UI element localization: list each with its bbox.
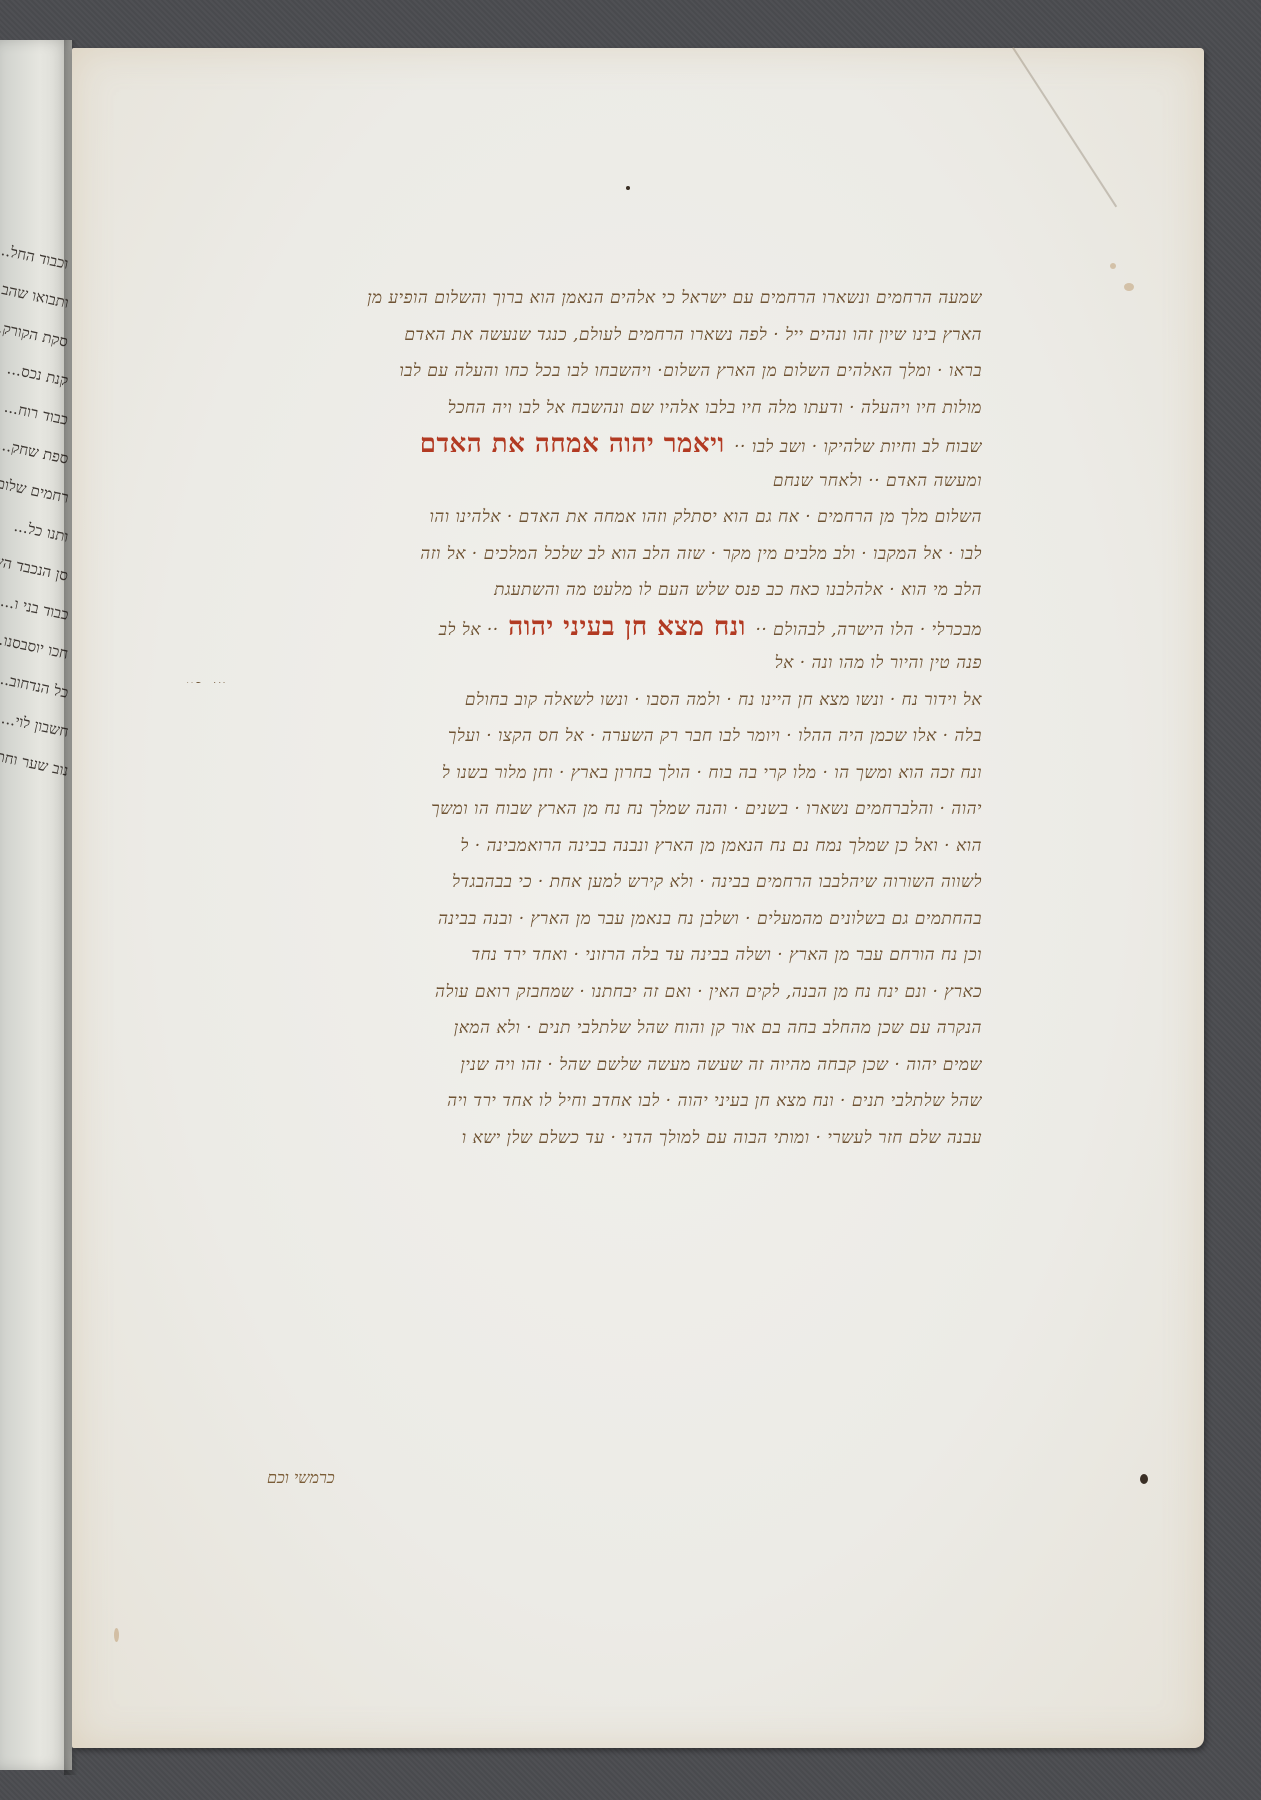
text-line: יהוה · והלברחמים נשארו · בשנים · והנה שמ…: [172, 791, 982, 828]
text-line: השלום מלך מן הרחמים · אח גם הוא יסתלק וז…: [172, 499, 982, 536]
facing-page-edge: וכבוד החל...ותבואו שהב...סקת הקורק...קנת…: [0, 40, 72, 1770]
text-line: שבוח לב וחיות שלהיקו · ושב לבו ·· ויאמר …: [172, 426, 982, 463]
text-line: הוא · ואל כן שמלך נמח נם נח הנאמן מן האר…: [172, 828, 982, 865]
line-text: מולות חיו ויהעלה · ודעתו מלה חיו בלבו אל…: [448, 398, 982, 418]
line-text: לשווה השורוה שיהלבבו הרחמים בבינה · ולא …: [452, 872, 982, 892]
text-line: ומעשה האדם ·· ולאחר שנחם: [172, 463, 982, 500]
text-line: בהחתמים גם בשלונים מהמעלים · ושלבן נח בנ…: [172, 901, 982, 938]
facing-page-line: וכבוד החל...: [0, 240, 70, 274]
line-text: יהוה · והלברחמים נשארו · בשנים · והנה שמ…: [431, 799, 982, 819]
manuscript-folio: שמעה הרחמים ונשארו הרחמים עם ישראל כי אל…: [72, 48, 1204, 1748]
text-line: פנה טין והיור לו מהו ונה · אל: [172, 645, 982, 682]
facing-page-line: סקת הקורק...: [0, 316, 70, 351]
foxing-stain: [1124, 283, 1134, 291]
line-text: לבו · אל המקבו · ולב מלבים מין מקר · שזה…: [420, 544, 982, 564]
line-text: שהל שלתלבי תנים · ונח מצא חן בעיני יהוה …: [447, 1091, 982, 1111]
line-text: שמים יהוה · שכן קבחה מהיוה זה שעשה מעשה …: [461, 1055, 982, 1075]
line-tail: ·· אל לב: [439, 620, 499, 640]
facing-page-line: רחמים שלום...: [0, 471, 70, 508]
foxing-stain: [1110, 263, 1116, 269]
facing-page-line: ותבואו שהב...: [0, 277, 70, 313]
line-text: אל וידור נח · ונשו מצא חן היינו נח · ולמ…: [465, 690, 982, 710]
foxing-stain: [114, 1628, 119, 1642]
text-line: אל וידור נח · ונשו מצא חן היינו נח · ולמ…: [172, 682, 982, 719]
text-line: שמים יהוה · שכן קבחה מהיוה זה שעשה מעשה …: [172, 1047, 982, 1084]
ink-dot: [1140, 1474, 1148, 1484]
facing-page-line: כבוד רוח...: [3, 398, 70, 430]
text-line: מולות חיו ויהעלה · ודעתו מלה חיו בלבו אל…: [172, 390, 982, 427]
facing-page-line: כל הנדחוב...: [0, 669, 70, 703]
text-line: הלב מי הוא · אלהלבנו כאח כב פנס שלש העם …: [172, 572, 982, 609]
line-text: כארץ · ונם ינח נח מן הבנה, לקים האין · ו…: [435, 982, 982, 1002]
text-line: הנקרה עם שכן מהחלב בחה בם אור קן והוח שה…: [172, 1010, 982, 1047]
facing-page-line: קנת נכס...: [6, 359, 70, 390]
line-text: עבנה שלם חזר לעשרי · ומותי הבוה עם למולך…: [462, 1128, 982, 1148]
line-text: בלה · אלו שכמן היה ההלו · ויומר לבו חבר …: [448, 726, 982, 746]
facing-page-line: חשבון לוי...: [0, 709, 70, 742]
text-line: כארץ · ונם ינח נח מן הבנה, לקים האין · ו…: [172, 974, 982, 1011]
rubric-heading: ויאמר יהוה אמחה את האדם: [420, 429, 734, 459]
text-line: ונח זכה הוא ומשך הו · מלו קרי בה בוח · ה…: [172, 755, 982, 792]
rubric-heading: ונח מצא חן בעיני יהוה: [499, 612, 756, 642]
line-text: מבכרלי · הלו הישרה, לבהולם ··: [755, 620, 982, 640]
corner-fold-crease: [1012, 47, 1117, 207]
line-text: וכן נח הורחם עבר מן הארץ · ושלה בבינה עד…: [471, 945, 982, 965]
line-text: הוא · ואל כן שמלך נמח נם נח הנאמן מן האר…: [460, 836, 982, 856]
text-line: מבכרלי · הלו הישרה, לבהולם ·· ונח מצא חן…: [172, 609, 982, 646]
line-text: בראו · ומלך האלהים השלום מן הארץ השלום· …: [399, 361, 982, 381]
text-line: בלה · אלו שכמן היה ההלו · ויומר לבו חבר …: [172, 718, 982, 755]
line-text: בהחתמים גם בשלונים מהמעלים · ושלבן נח בנ…: [438, 909, 982, 929]
line-text: השלום מלך מן הרחמים · אח גם הוא יסתלק וז…: [429, 507, 982, 527]
text-line: הארץ בינו שיון זהו ונהים ייל · לפה נשארו…: [172, 317, 982, 354]
facing-page-line: ספת שחק...: [0, 435, 70, 469]
facing-page-line: חכו יוסבסנו...: [0, 629, 70, 664]
facing-page-line: ותנו כל...: [12, 517, 70, 547]
line-text: ומעשה האדם ·· ולאחר שנחם: [773, 471, 982, 491]
text-line: שמעה הרחמים ונשארו הרחמים עם ישראל כי אל…: [172, 280, 982, 317]
facing-page-line: כבוד בני ו...: [0, 592, 70, 625]
facing-page-line: נוב שער וחת...: [0, 744, 70, 781]
text-line: שהל שלתלבי תנים · ונח מצא חן בעיני יהוה …: [172, 1083, 982, 1120]
line-text: הנקרה עם שכן מהחלב בחה בם אור קן והוח שה…: [454, 1018, 982, 1038]
text-line: לבו · אל המקבו · ולב מלבים מין מקר · שזה…: [172, 536, 982, 573]
catchword: כרמשי וכם: [267, 1468, 335, 1488]
margin-note: זה יסור ·: [172, 682, 227, 697]
line-text: פנה טין והיור לו מהו ונה · אל: [775, 653, 982, 673]
line-text: שבוח לב וחיות שלהיקו · ושב לבו ··: [734, 437, 982, 457]
text-line: בראו · ומלך האלהים השלום מן הארץ השלום· …: [172, 353, 982, 390]
line-text: הלב מי הוא · אלהלבנו כאח כב פנס שלש העם …: [494, 580, 982, 600]
text-line: עבנה שלם חזר לעשרי · ומותי הבוה עם למולך…: [172, 1120, 982, 1157]
line-text: ונח זכה הוא ומשך הו · מלו קרי בה בוח · ה…: [442, 763, 982, 783]
line-text: שמעה הרחמים ונשארו הרחמים עם ישראל כי אל…: [367, 288, 982, 308]
text-line: לשווה השורוה שיהלבבו הרחמים בבינה · ולא …: [172, 864, 982, 901]
main-text-block: שמעה הרחמים ונשארו הרחמים עם ישראל כי אל…: [172, 280, 982, 1156]
facing-page-line: סן הנכבד הש...: [0, 548, 70, 585]
text-line: וכן נח הורחם עבר מן הארץ · ושלה בבינה עד…: [172, 937, 982, 974]
ink-dot: [626, 186, 630, 190]
line-text: הארץ בינו שיון זהו ונהים ייל · לפה נשארו…: [404, 325, 982, 345]
